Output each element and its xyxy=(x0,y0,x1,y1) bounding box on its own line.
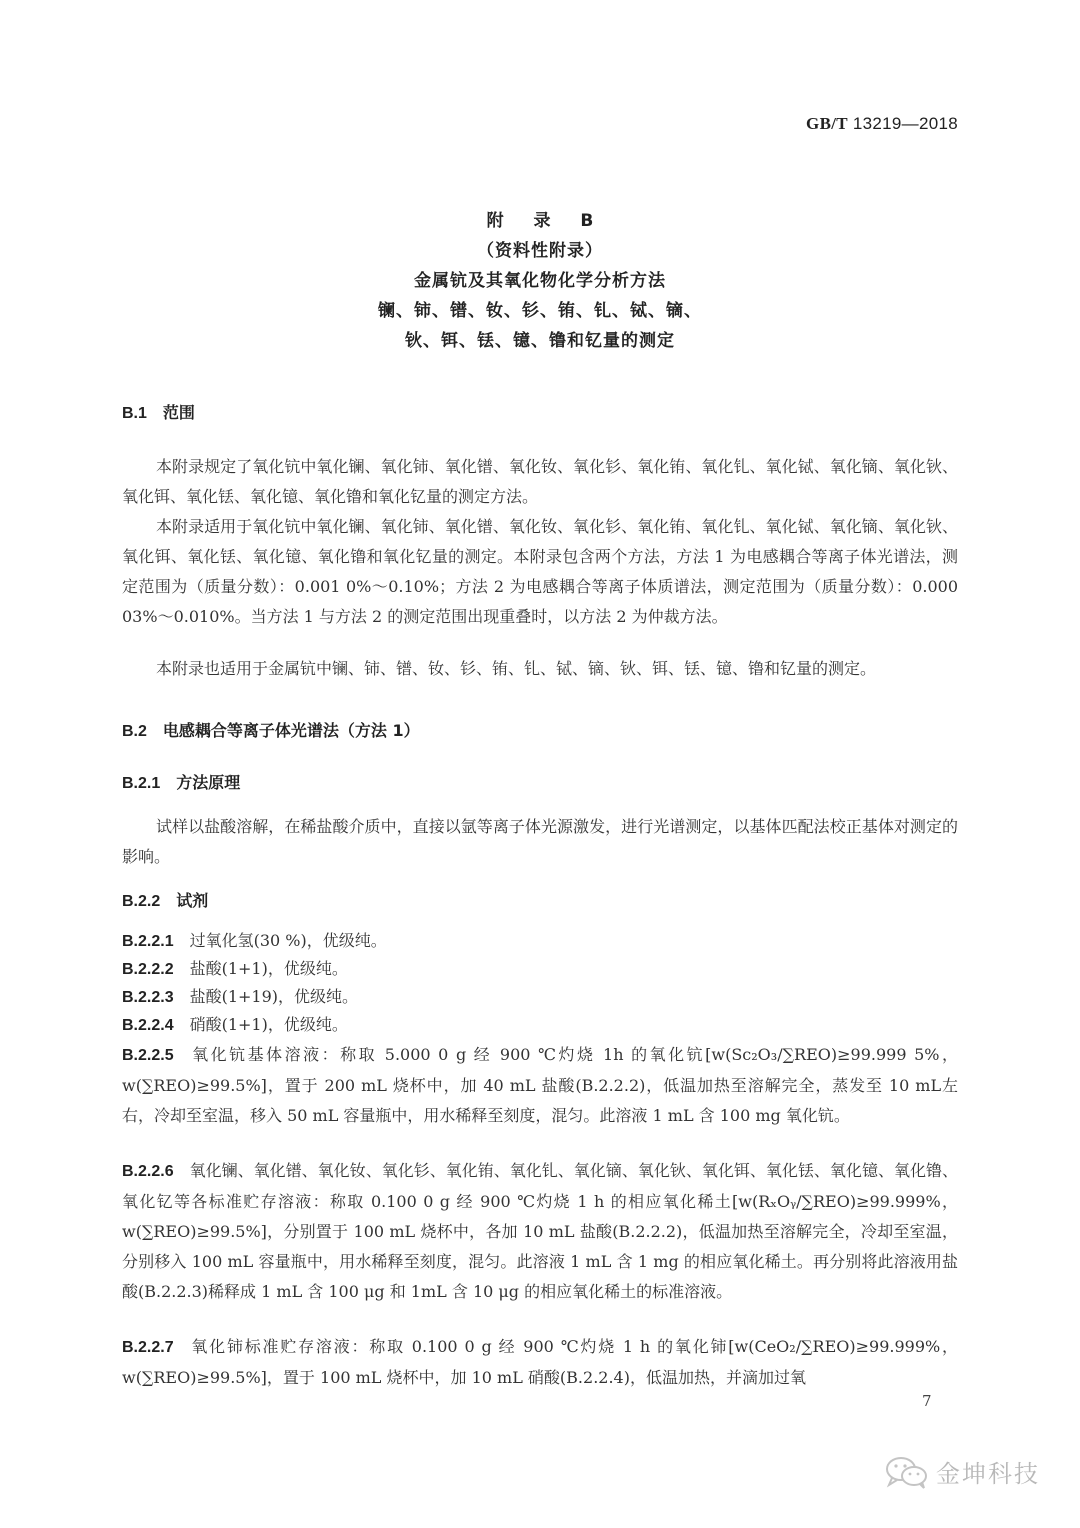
paragraph-b1-3: 本附录也适用于金属钪中镧、铈、镨、钕、钐、铕、钆、铽、镝、钬、铒、铥、镱、镥和钇… xyxy=(122,654,958,684)
item-number: B.2.2.1 xyxy=(122,933,174,950)
item-text: 盐酸(1+19)，优级纯。 xyxy=(190,987,358,1006)
standard-prefix: GB/T xyxy=(806,114,848,133)
item-number: B.2.2.7 xyxy=(122,1339,174,1356)
reagent-item: B.2.2.3盐酸(1+19)，优级纯。 xyxy=(122,982,958,1013)
annex-label: 附 录 B xyxy=(0,206,1080,236)
annex-title-block: 附 录 B （资料性附录） 金属钪及其氧化物化学分析方法 镧、铈、镨、钕、钐、铕… xyxy=(0,206,1080,356)
reagent-item: B.2.2.6氧化镧、氧化镨、氧化钕、氧化钐、氧化铕、氧化钆、氧化镝、氧化钬、氧… xyxy=(122,1156,958,1307)
item-number: B.2.2.6 xyxy=(122,1163,174,1180)
standard-number: 13219—2018 xyxy=(853,114,958,133)
section-number: B.2 xyxy=(122,723,147,741)
item-number: B.2.2.3 xyxy=(122,989,174,1006)
page-number: 7 xyxy=(922,1392,932,1410)
reagent-item: B.2.2.1过氧化氢(30 %)，优级纯。 xyxy=(122,926,958,957)
standard-code: GB/T 13219—2018 xyxy=(806,114,958,134)
section-heading-b2: B.2电感耦合等离子体光谱法（方法 1） xyxy=(122,718,420,741)
item-text: 过氧化氢(30 %)，优级纯。 xyxy=(190,931,387,950)
wechat-icon xyxy=(884,1455,930,1489)
section-heading-b1: B.1范围 xyxy=(122,400,195,423)
annex-type: （资料性附录） xyxy=(0,236,1080,266)
section-number: B.2.2 xyxy=(122,893,160,911)
annex-title-line-3: 钬、铒、铥、镱、镥和钇量的测定 xyxy=(0,326,1080,356)
section-title: 方法原理 xyxy=(176,773,240,792)
watermark: 金坤科技 xyxy=(884,1454,1040,1489)
paragraph-b1-1: 本附录规定了氧化钪中氧化镧、氧化铈、氧化镨、氧化钕、氧化钐、氧化铕、氧化钆、氧化… xyxy=(122,452,958,512)
section-title: 试剂 xyxy=(176,891,208,910)
reagent-item: B.2.2.5氧化钪基体溶液：称取 5.000 0 g 经 900 ℃灼烧 1h… xyxy=(122,1040,958,1131)
item-number: B.2.2.5 xyxy=(122,1047,174,1064)
item-number: B.2.2.2 xyxy=(122,961,174,978)
item-text: 氧化镧、氧化镨、氧化钕、氧化钐、氧化铕、氧化钆、氧化镝、氧化钬、氧化铒、氧化铥、… xyxy=(122,1161,958,1301)
section-title: 电感耦合等离子体光谱法（方法 1） xyxy=(163,721,420,740)
paragraph-b21-1: 试样以盐酸溶解，在稀盐酸介质中，直接以氩等离子体光源激发，进行光谱测定，以基体匹… xyxy=(122,812,958,872)
item-text: 氧化钪基体溶液：称取 5.000 0 g 经 900 ℃灼烧 1h 的氧化钪[w… xyxy=(122,1045,958,1125)
item-text: 盐酸(1+1)，优级纯。 xyxy=(190,959,348,978)
section-heading-b22: B.2.2试剂 xyxy=(122,888,208,911)
reagent-item: B.2.2.4硝酸(1+1)，优级纯。 xyxy=(122,1010,958,1041)
paragraph-b1-2: 本附录适用于氧化钪中氧化镧、氧化铈、氧化镨、氧化钕、氧化钐、氧化铕、氧化钆、氧化… xyxy=(122,512,958,632)
section-number: B.2.1 xyxy=(122,775,160,793)
reagent-item: B.2.2.2盐酸(1+1)，优级纯。 xyxy=(122,954,958,985)
reagent-item: B.2.2.7氧化铈标准贮存溶液：称取 0.100 0 g 经 900 ℃灼烧 … xyxy=(122,1332,958,1393)
section-title: 范围 xyxy=(163,403,195,422)
watermark-text: 金坤科技 xyxy=(936,1454,1040,1489)
item-text: 硝酸(1+1)，优级纯。 xyxy=(190,1015,348,1034)
section-number: B.1 xyxy=(122,405,147,423)
annex-title-line-2: 镧、铈、镨、钕、钐、铕、钆、铽、镝、 xyxy=(0,296,1080,326)
section-heading-b21: B.2.1方法原理 xyxy=(122,770,240,793)
item-text: 氧化铈标准贮存溶液：称取 0.100 0 g 经 900 ℃灼烧 1 h 的氧化… xyxy=(122,1337,958,1387)
item-number: B.2.2.4 xyxy=(122,1017,174,1034)
annex-title-line-1: 金属钪及其氧化物化学分析方法 xyxy=(0,266,1080,296)
